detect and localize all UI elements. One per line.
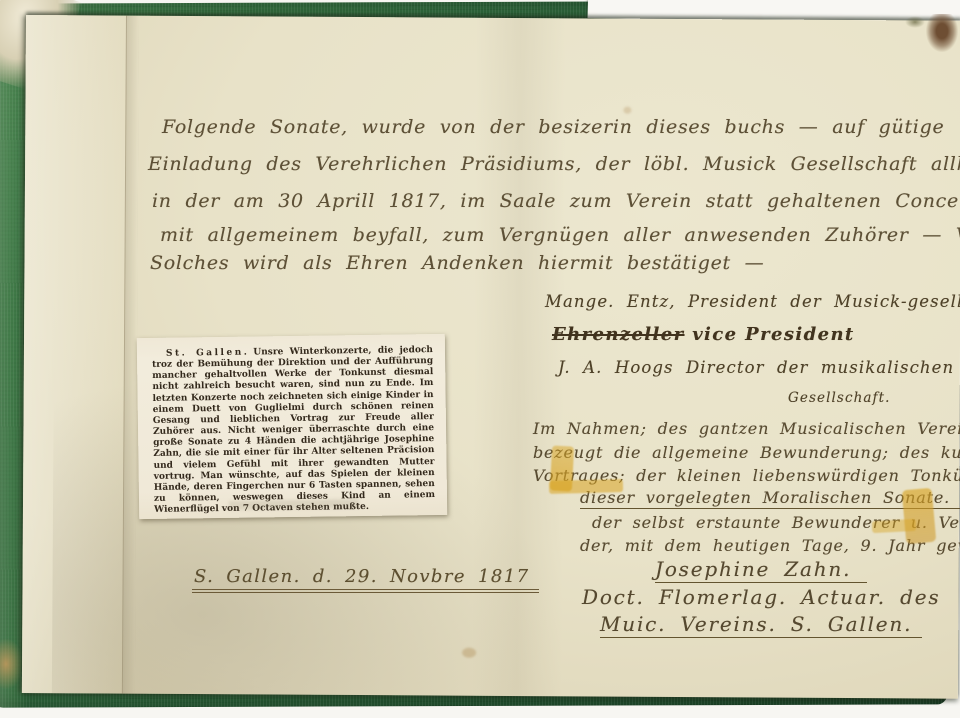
- dedication-actuary-line-2: Muic. Vereins. S. Gallen.: [600, 612, 922, 638]
- newspaper-clipping: St. Gallen.Unsre Winterkonzerte, die jed…: [137, 334, 447, 519]
- worn-corner-bottom-left: [0, 638, 24, 690]
- handwriting-intro-line-5: Solches wird als Ehren Andenken hiermit …: [150, 252, 764, 274]
- adhesive-stain-right-foot: [872, 519, 917, 533]
- ink-showthrough: [229, 499, 359, 510]
- damage-spot-top-right: [926, 14, 958, 52]
- adhesive-stain-right: [902, 488, 937, 544]
- dedication-actuary-line-1: Doct. Flomerlag. Actuar. des: [582, 585, 940, 609]
- foxing-spot: [623, 107, 631, 114]
- debris-speck: [905, 16, 925, 28]
- signature-vice-president-title: vice President: [692, 324, 854, 345]
- dedication-line-6: der, mit dem heutigen Tage, 9. Jahr gewo…: [580, 536, 960, 555]
- handwriting-intro-line-1: Folgende Sonate, wurde von der besizerin…: [162, 116, 944, 138]
- clipping-text: St. Gallen.Unsre Winterkonzerte, die jed…: [152, 345, 435, 516]
- dedication-line-1: Im Nahmen; des gantzen Musicalischen Ver…: [533, 419, 960, 438]
- dedication-name-josephine: Josephine Zahn.: [655, 557, 867, 583]
- clipping-body: Unsre Winterkonzerte, die jedoch troz de…: [152, 345, 435, 515]
- signature-director: J. A. Hoogs Director der musikalischen: [558, 358, 954, 377]
- adhesive-stain-left-foot: [549, 479, 623, 494]
- handwriting-intro-line-2: Einladung des Verehrlichen Präsidiums, d…: [148, 153, 960, 175]
- clipping-dateline: St. Gallen.: [166, 348, 250, 359]
- signature-president: Mange. Entz, President der Musick-gesell…: [545, 292, 960, 311]
- foxing-spot: [462, 648, 476, 658]
- dedication-line-2: bezeugt die allgemeine Bewunderung; des …: [533, 443, 960, 462]
- signature-director-line-2: Gesellschaft.: [788, 390, 891, 406]
- signature-struck-name: Ehrenzeller: [552, 324, 685, 345]
- signature-vice-president: Ehrenzeller vice President: [552, 324, 855, 345]
- photo-of-album-page: Folgende Sonate, wurde von der besizerin…: [0, 0, 960, 718]
- handwriting-intro-line-4: mit allgemeinem beyfall, zum Vergnügen a…: [160, 224, 960, 246]
- handwriting-intro-line-3: in der am 30 Aprill 1817, im Saale zum V…: [152, 190, 960, 212]
- date-line: S. Gallen. d. 29. Novbre 1817: [192, 566, 539, 593]
